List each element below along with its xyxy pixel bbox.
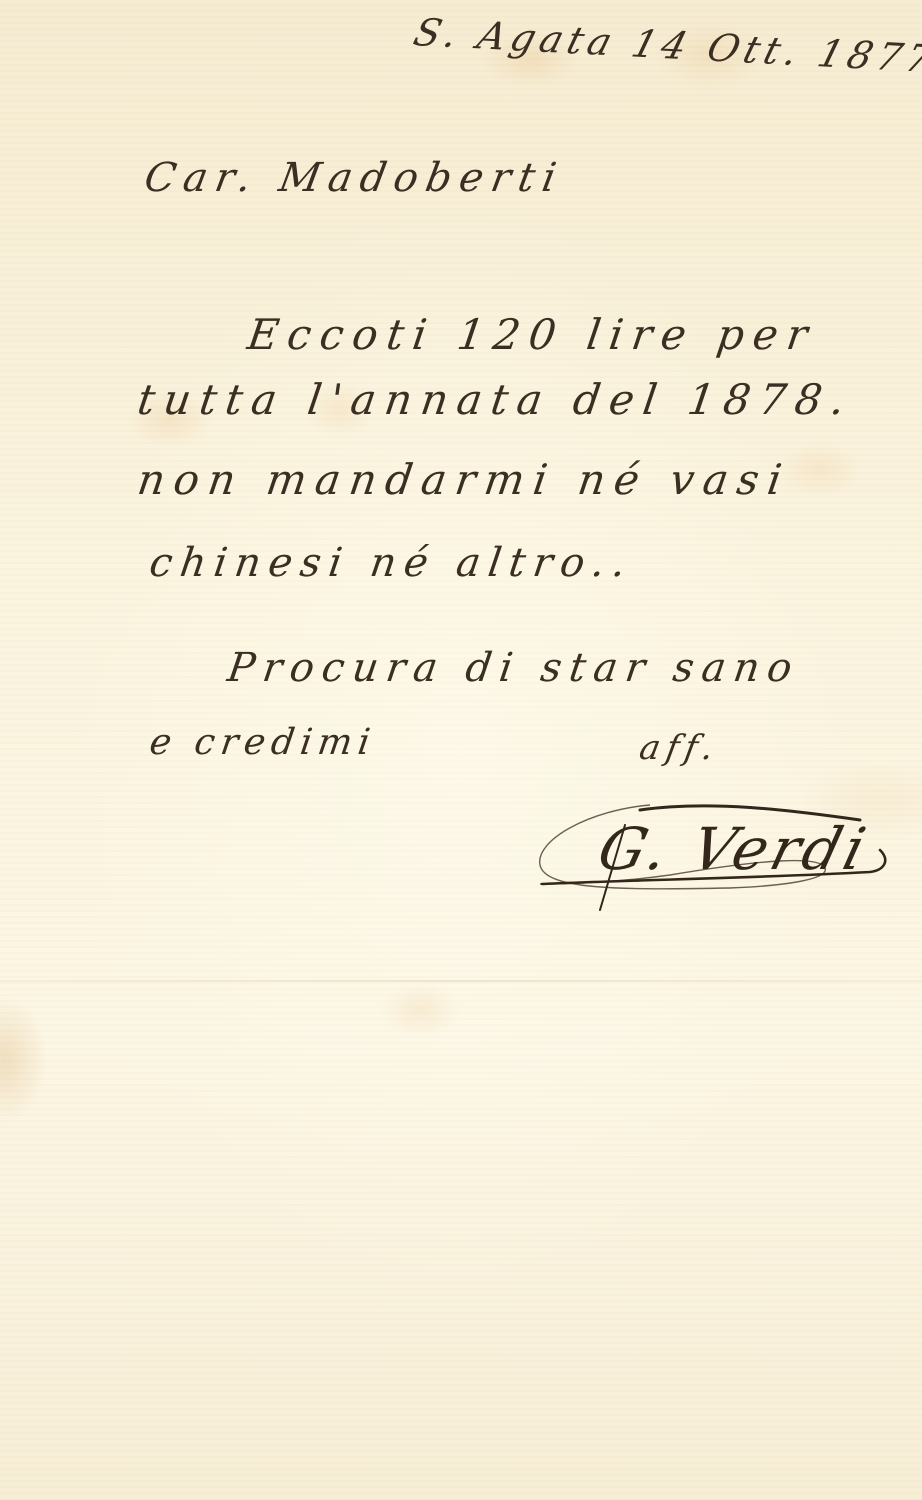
signature: G. Verdi <box>592 815 876 883</box>
body-line-2: tutta l'annata del 1878. <box>135 375 857 424</box>
body-line-6: e credimi <box>147 722 378 763</box>
body-line-1: Eccoti 120 lire per <box>245 310 820 359</box>
place-and-date: S. Agata 14 Ott. 1877 <box>409 10 922 81</box>
letter-page: S. Agata 14 Ott. 1877 Car. Madoberti Ecc… <box>0 0 922 1500</box>
body-line-3: non mandarmi né vasi <box>135 455 794 504</box>
salutation: Car. Madoberti <box>141 155 567 201</box>
paper-fold-line <box>0 980 922 982</box>
body-line-4: chinesi né altro.. <box>147 540 637 586</box>
body-line-5: Procura di star sano <box>225 645 803 691</box>
closing: aff. <box>636 728 722 768</box>
